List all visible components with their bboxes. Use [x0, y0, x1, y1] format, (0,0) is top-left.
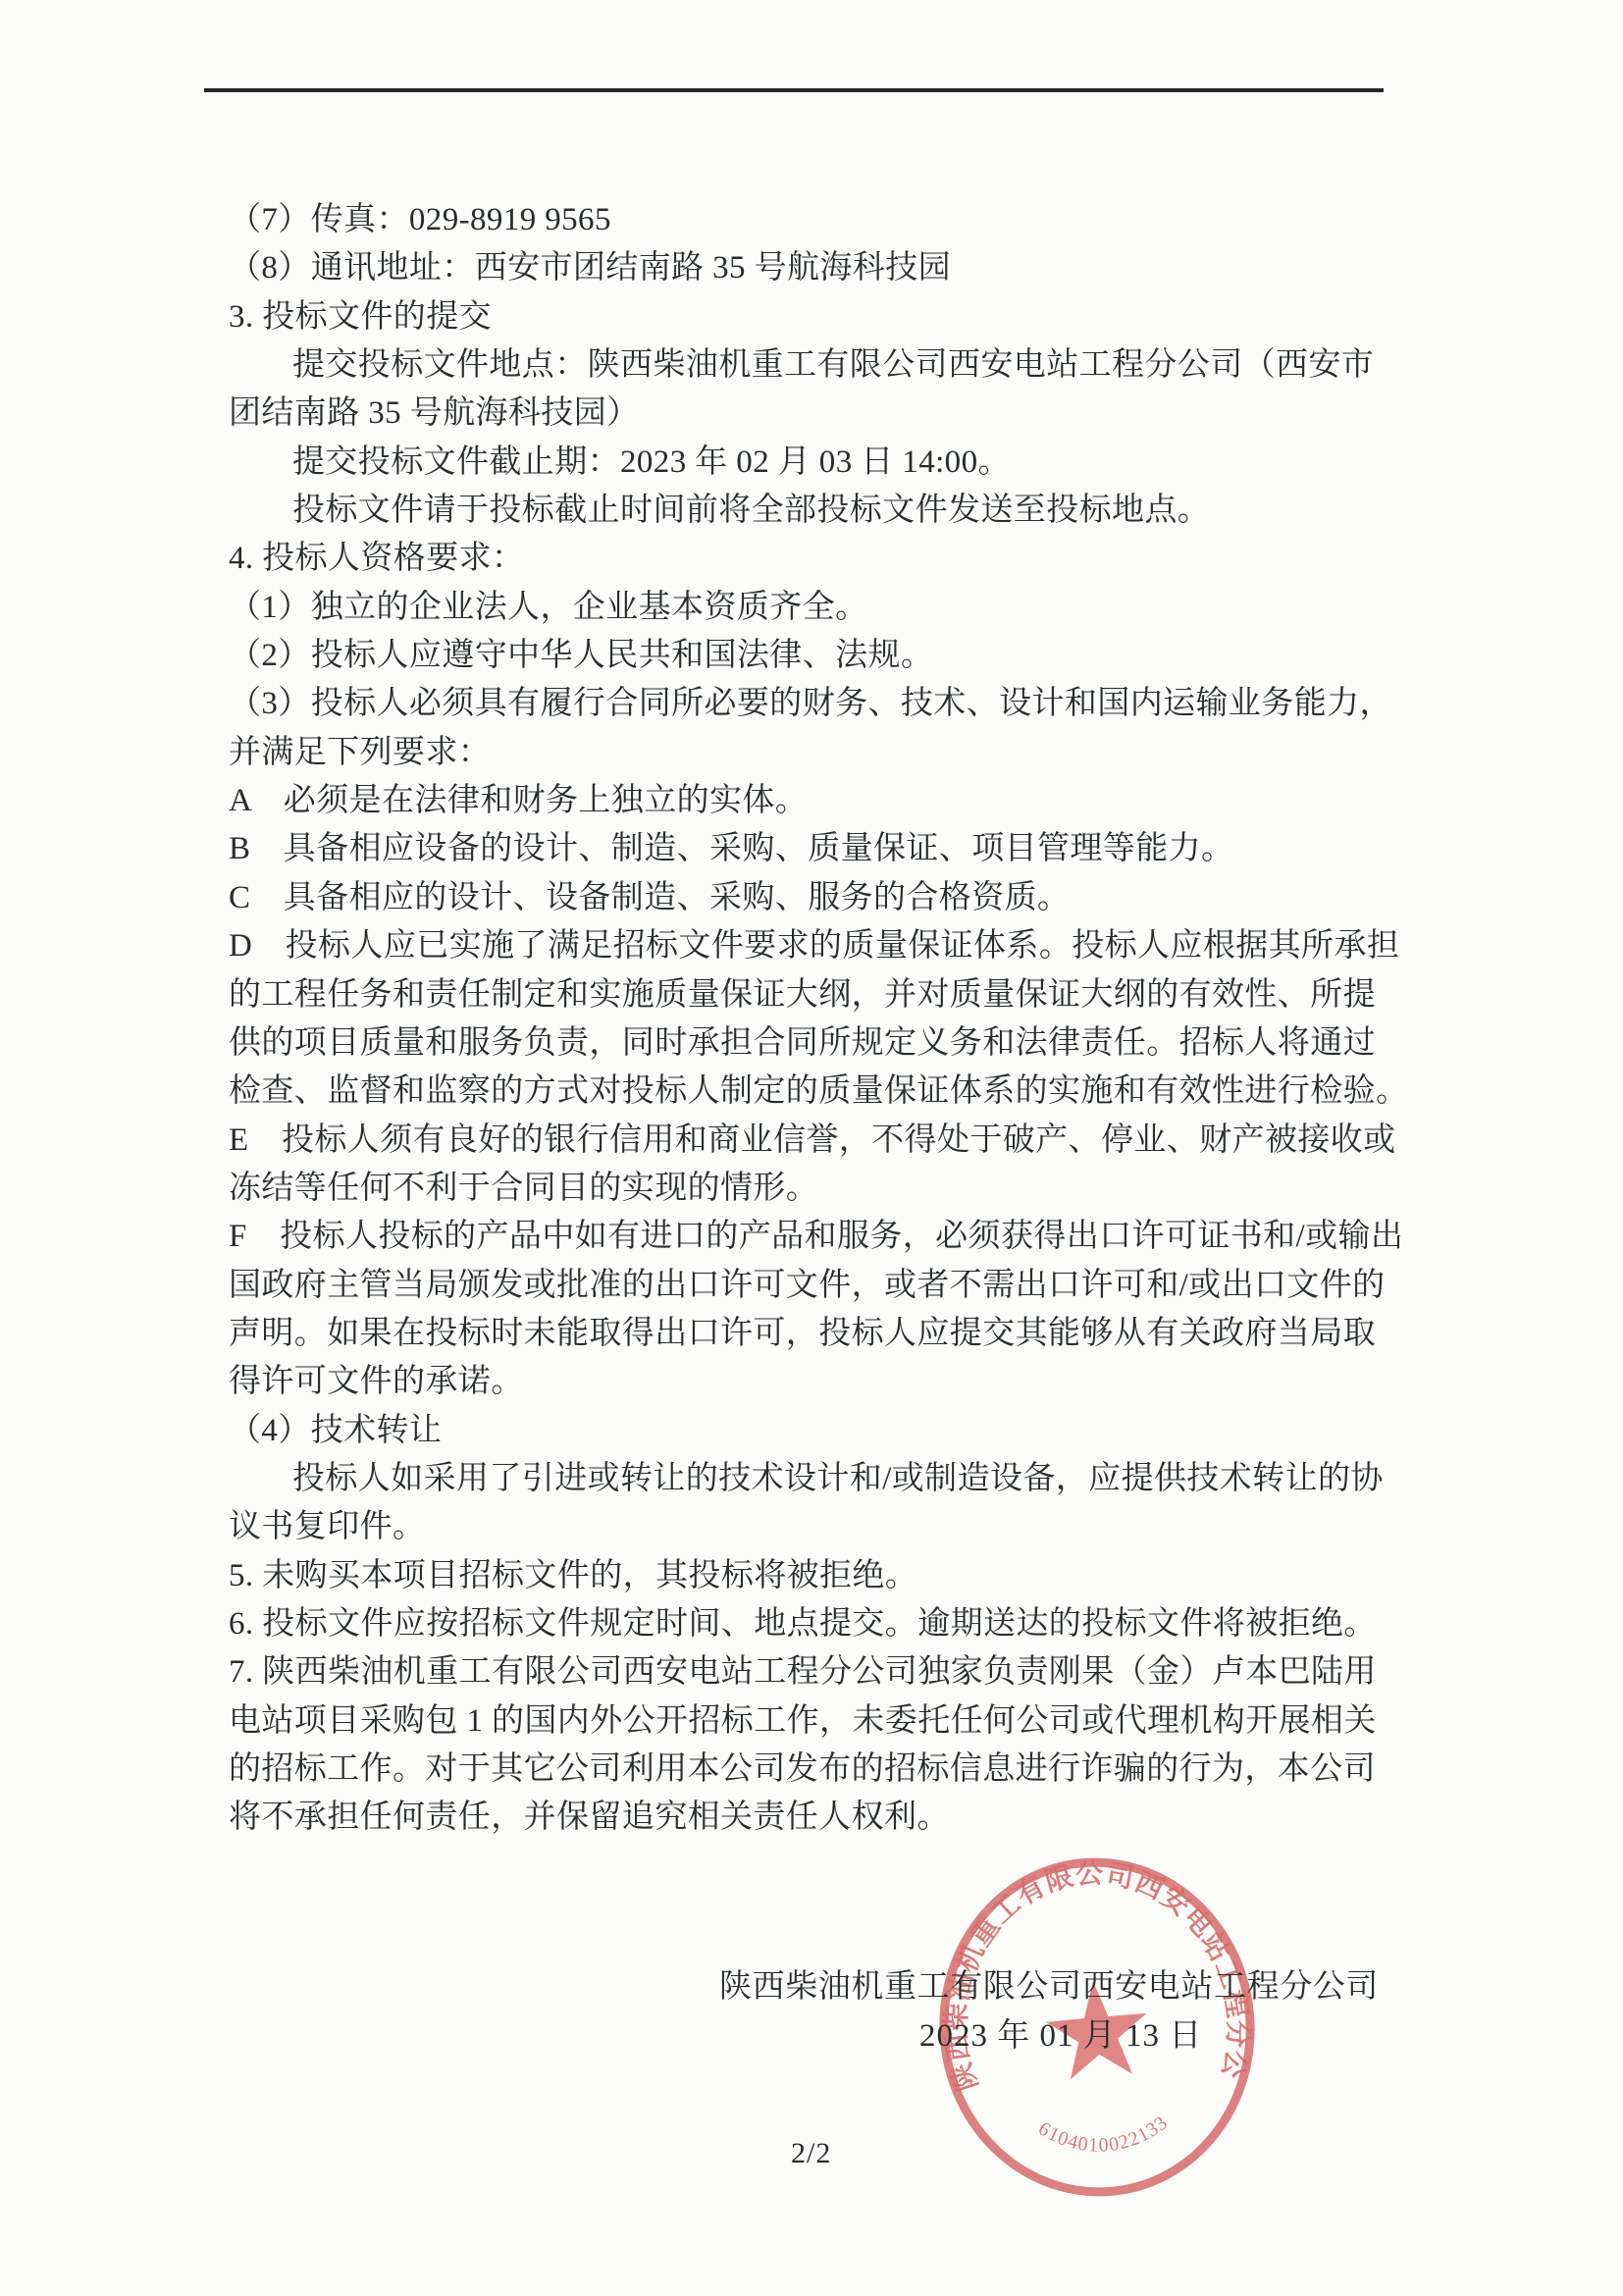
document-line: 议书复印件。 — [229, 1503, 1396, 1551]
document-line: （3）投标人必须具有履行合同所必要的财务、技术、设计和国内运输业务能力， — [229, 680, 1396, 728]
page-number: 2/2 — [791, 2137, 831, 2170]
document-line: 提交投标文件截止期：2023 年 02 月 03 日 14:00。 — [229, 439, 1396, 487]
document-line: 团结南路 35 号航海科技园） — [229, 390, 1396, 438]
document-line: 得许可文件的承诺。 — [229, 1358, 1396, 1406]
document-line: （4）技术转让 — [229, 1407, 1396, 1455]
signature-company-line: 陕西柴油机重工有限公司西安电站工程分公司 — [719, 1960, 1379, 2007]
document-line: 国政府主管当局颁发或批准的出口许可文件，或者不需出口许可和/或出口文件的 — [229, 1262, 1396, 1310]
seal-serial-number: 6104010022133 — [1033, 2107, 1176, 2163]
document-line: 投标文件请于投标截止时间前将全部投标文件发送至投标地点。 — [229, 487, 1396, 535]
document-line: D 投标人应已实施了满足招标文件要求的质量保证体系。投标人应根据其所承担 — [229, 922, 1396, 970]
document-line: B 具备相应设备的设计、制造、采购、质量保证、项目管理等能力。 — [229, 825, 1396, 873]
document-line: 电站项目采购包 1 的国内外公开招标工作，未委托任何公司或代理机构开展相关 — [229, 1697, 1396, 1746]
document-page: （7）传真：029-8919 9565（8）通讯地址：西安市团结南路 35 号航… — [0, 0, 1623, 2296]
document-line: 将不承担任何责任，并保留追究相关责任人权利。 — [229, 1794, 1396, 1842]
document-line: 投标人如采用了引进或转让的技术设计和/或制造设备，应提供技术转让的协 — [229, 1455, 1396, 1503]
document-line: 3. 投标文件的提交 — [229, 293, 1396, 341]
document-line: C 具备相应的设计、设备制造、采购、服务的合格资质。 — [229, 874, 1396, 922]
document-line: E 投标人须有良好的银行信用和商业信誉，不得处于破产、停业、财产被接收或 — [229, 1117, 1396, 1165]
signature-date-line: 2023 年 01 月 13 日 — [919, 2009, 1202, 2056]
document-line: 提交投标文件地点：陕西柴油机重工有限公司西安电站工程分公司（西安市 — [229, 341, 1396, 390]
document-line: （1）独立的企业法人，企业基本资质齐全。 — [229, 584, 1396, 632]
document-line: 冻结等任何不利于合同目的实现的情形。 — [229, 1165, 1396, 1213]
document-line: F 投标人投标的产品中如有进口的产品和服务，必须获得出口许可证书和/或输出 — [229, 1213, 1396, 1261]
document-line: A 必须是在法律和财务上独立的实体。 — [229, 777, 1396, 825]
document-line: 4. 投标人资格要求： — [229, 535, 1396, 583]
document-line: 5. 未购买本项目招标文件的，其投标将被拒绝。 — [229, 1552, 1396, 1600]
document-line: 供的项目质量和服务负责，同时承担合同所规定义务和法律责任。招标人将通过 — [229, 1019, 1396, 1068]
header-rule — [204, 88, 1384, 92]
document-line: 声明。如果在投标时未能取得出口许可，投标人应提交其能够从有关政府当局取 — [229, 1310, 1396, 1358]
svg-text:6104010022133: 6104010022133 — [1033, 2107, 1176, 2163]
document-line: 的工程任务和责任制定和实施质量保证大纲，并对质量保证大纲的有效性、所提 — [229, 971, 1396, 1019]
document-line: （7）传真：029-8919 9565 — [229, 196, 1396, 244]
document-line: 6. 投标文件应按招标文件规定时间、地点提交。逾期送达的投标文件将被拒绝。 — [229, 1600, 1396, 1648]
document-line: 并满足下列要求： — [229, 729, 1396, 777]
document-body: （7）传真：029-8919 9565（8）通讯地址：西安市团结南路 35 号航… — [229, 196, 1396, 1843]
document-line: 检查、监督和监察的方式对投标人制定的质量保证体系的实施和有效性进行检验。 — [229, 1068, 1396, 1116]
document-line: （2）投标人应遵守中华人民共和国法律、法规。 — [229, 632, 1396, 680]
document-line: 7. 陕西柴油机重工有限公司西安电站工程分公司独家负责刚果（金）卢本巴陆用 — [229, 1648, 1396, 1696]
document-line: （8）通讯地址：西安市团结南路 35 号航海科技园 — [229, 244, 1396, 292]
document-line: 的招标工作。对于其它公司利用本公司发布的招标信息进行诈骗的行为，本公司 — [229, 1746, 1396, 1794]
